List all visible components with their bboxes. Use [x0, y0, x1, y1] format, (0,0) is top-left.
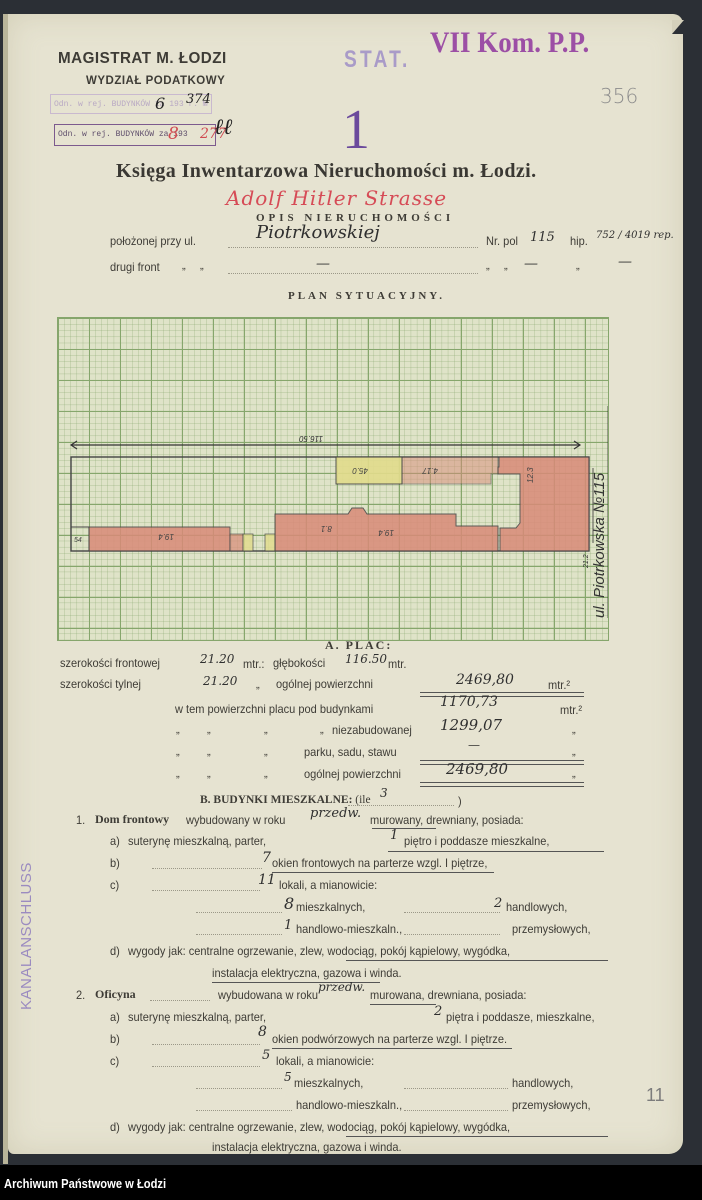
second-front-label: drugi front — [110, 260, 160, 274]
site-plan-grid: 116.50 19.4 19.4 8.1 4.17 12.3 45.0 54 2… — [57, 317, 609, 641]
b1-name: Dom frontowy — [95, 812, 169, 827]
plan-title: PLAN SYTUACYJNY. — [288, 290, 445, 302]
total2-unit: „ — [572, 766, 576, 780]
b1-c4-dotline — [404, 934, 500, 935]
b2-b-label: b) — [110, 1032, 120, 1046]
b2-a-text2: piętra i poddasze, mieszkalne, — [446, 1010, 595, 1024]
signature: ℓℓ — [214, 114, 232, 140]
b1-c1-dotline — [196, 912, 282, 913]
b2-c1-dotline — [196, 1088, 282, 1089]
ditto-t2: „ — [207, 766, 211, 780]
commission-stamp: VII Kom. P.P. — [430, 26, 589, 60]
ditto-3: „ — [486, 258, 490, 272]
total-area-value: 2469,80 — [456, 672, 514, 688]
b2-material: murowana, drewniana, posiada: — [370, 988, 527, 1002]
b1-c1-text: mieszkalnych, — [296, 900, 365, 914]
b1-c2-text: handlowych, — [506, 900, 567, 914]
b1-d-text1: wygody jak: centralne ogrzewanie, zlew, … — [128, 944, 510, 958]
total-area-mtr2: mtr.² — [548, 678, 570, 692]
handwritten-6: 6 — [155, 94, 165, 113]
total2-value: 2469,80 — [446, 760, 508, 778]
b1-c2-dotline — [404, 912, 500, 913]
b1-built-value: przedw. — [310, 806, 361, 821]
front-width-label: szerokości frontowej — [60, 656, 160, 670]
hip-value: 752 / 4019 rep. — [596, 230, 674, 241]
b2-name-dotline — [150, 1000, 210, 1001]
stat-stamp: STAT. — [344, 46, 410, 74]
handwritten-374: 374 — [186, 92, 211, 107]
ditto-2: „ — [200, 258, 204, 272]
double-rule-3 — [420, 782, 584, 787]
b2-b-underline — [272, 1048, 512, 1049]
b1-c-text: lokali, a mianowicie: — [279, 878, 377, 892]
b2-b-hand: 8 — [258, 1024, 267, 1040]
b2-a-hand: 2 — [434, 1004, 442, 1019]
folded-corner — [672, 20, 684, 34]
b1-c-hand: 11 — [258, 872, 276, 888]
park-unit: „ — [572, 744, 576, 758]
street-dotline — [228, 247, 478, 248]
b2-a-text1: suterynę mieszkalną, parter, — [128, 1010, 266, 1024]
count-close: ) — [458, 794, 462, 808]
b2-c-hand: 5 — [262, 1048, 270, 1063]
b1-murowany-underline — [372, 828, 436, 829]
b1-d-label: d) — [110, 944, 120, 958]
unbuilt-unit: „ — [572, 722, 576, 736]
b1-material: murowany, drewniany, posiada: — [370, 813, 524, 827]
depth-value: 116.50 — [345, 652, 387, 666]
b2-b-dotline — [152, 1044, 260, 1045]
archive-footer-label: Archiwum Państwowe w Łodzi — [4, 1176, 166, 1191]
svg-text:21.2: 21.2 — [583, 554, 590, 569]
svg-text:54: 54 — [74, 537, 82, 544]
red-annotation: Adolf Hitler Strasse — [226, 186, 447, 210]
ditto-u1: „ — [176, 722, 180, 736]
ditto-u2: „ — [207, 722, 211, 736]
buildings-count-value: 3 — [380, 786, 388, 800]
b1-a-text2: piętro i poddasze mieszkalne, — [404, 834, 549, 848]
b1-c3-text: handlowo-mieszkaln., — [296, 922, 402, 936]
kanalanschluss-side-stamp: KANALANSCHLUSS — [18, 862, 35, 1010]
b2-c-label: c) — [110, 1054, 119, 1068]
built-area-mtr2: mtr.² — [560, 703, 582, 717]
street-label: położonej przy ul. — [110, 234, 196, 248]
b1-built-label: wybudowany w roku — [186, 813, 285, 827]
unbuilt-value: 1299,07 — [440, 716, 502, 734]
svg-text:19.4: 19.4 — [158, 532, 174, 541]
second-front-nr-dash: — — [524, 256, 538, 272]
plac-heading: A. PLAC: — [325, 638, 392, 653]
length-dimension: 116.50 — [299, 434, 323, 443]
ditto-p1: „ — [176, 744, 180, 758]
total2-label: ogólnej powierzchni — [304, 767, 401, 781]
count-dotline — [348, 805, 454, 806]
b1-b-dotline — [152, 868, 262, 869]
budynki-title: B. BUDYNKI MIESZKALNE: — [200, 794, 352, 806]
b1-c2-hand: 2 — [494, 896, 502, 911]
b2-d-text1: wygody jak: centralne ogrzewanie, zlew, … — [128, 1120, 510, 1134]
built-area-value: 1170,73 — [440, 694, 498, 710]
svg-text:45.0: 45.0 — [352, 466, 368, 475]
built-area-label: w tem powierzchni placu pod budynkami — [175, 702, 373, 716]
b2-d-text2: instalacja elektryczna, gazowa i winda. — [212, 1140, 402, 1154]
hip-label: hip. — [570, 234, 588, 248]
b1-c-label: c) — [110, 878, 119, 892]
handwritten-year-8: 8 — [168, 124, 179, 144]
svg-text:12.3: 12.3 — [526, 467, 535, 483]
rear-width-value: 21.20 — [203, 674, 237, 688]
b2-b-text: okien podwórzowych na parterze wzgl. I p… — [272, 1032, 507, 1046]
ditto-u3: „ — [264, 722, 268, 736]
ditto-t3: „ — [264, 766, 268, 780]
b2-c3-text: handlowo-mieszkaln., — [296, 1098, 402, 1112]
b2-d-underline1 — [346, 1136, 608, 1137]
b1-c3-dotline — [196, 934, 282, 935]
b2-built-value: przedw. — [318, 980, 365, 994]
second-front-dotline — [228, 273, 478, 274]
b1-b-label: b) — [110, 856, 120, 870]
rear-width-label: szerokości tylnej — [60, 677, 141, 691]
ditto-t1: „ — [176, 766, 180, 780]
stamp-number: 1 — [342, 98, 370, 162]
b2-c4-dotline — [404, 1110, 508, 1111]
b2-c1-hand: 5 — [284, 1070, 292, 1084]
b2-built-label: wybudowana w roku — [218, 988, 318, 1002]
budynki-heading: B. BUDYNKI MIESZKALNE: (ile — [200, 794, 371, 806]
front-width-value: 21.20 — [200, 652, 234, 666]
b2-number: 2. — [76, 988, 85, 1002]
office-heading: MAGISTRAT M. ŁODZI — [58, 50, 227, 68]
b1-b-hand: 7 — [262, 850, 271, 866]
svg-text:8.1: 8.1 — [321, 524, 332, 533]
front-mtr: mtr.: — [243, 657, 264, 671]
b1-c-dotline — [152, 890, 260, 891]
ditto-4: „ — [504, 258, 508, 272]
site-plan-drawing: 116.50 19.4 19.4 8.1 4.17 12.3 45.0 54 2… — [58, 318, 608, 640]
b1-c1-hand: 8 — [284, 894, 294, 913]
park-value: — — [468, 738, 480, 752]
b2-murowana-underline — [370, 1004, 436, 1005]
b1-d-underline1 — [346, 960, 608, 961]
b2-d-label: d) — [110, 1120, 120, 1134]
total-area-label: ogólnej powierzchni — [276, 677, 373, 691]
second-front-hip-dash: — — [618, 254, 632, 270]
b1-a-text1: suterynę mieszkalną, parter, — [128, 834, 266, 848]
park-label: parku, sadu, stawu — [304, 745, 397, 759]
b1-a-underline — [388, 851, 604, 852]
register-stamp-box-2: Odn. w rej. BUDYNKÓW za 193 — [54, 124, 216, 146]
b2-c3-dotline — [196, 1110, 292, 1111]
nr-pol-value: 115 — [530, 230, 555, 245]
pencil-margin-mark: 11 — [646, 1085, 665, 1106]
b1-number: 1. — [76, 813, 85, 827]
b2-c2-text: handlowych, — [512, 1076, 573, 1090]
b2-name: Oficyna — [95, 987, 136, 1002]
b1-c3-hand: 1 — [284, 918, 292, 933]
b2-c2-dotline — [404, 1088, 508, 1089]
street-value: Piotrkowskiej — [256, 222, 380, 243]
svg-text:4.17: 4.17 — [422, 466, 438, 475]
nr-pol-label: Nr. pol — [486, 234, 518, 248]
ditto-rear: „ — [256, 677, 260, 691]
depth-label: głębokości — [273, 656, 325, 670]
unbuilt-label: niezabudowanej — [332, 723, 412, 737]
ditto-p3: „ — [264, 744, 268, 758]
second-front-dash: — — [316, 256, 330, 272]
b1-d-text2: instalacja elektryczna, gazowa i winda. — [212, 966, 402, 980]
b2-c-dotline — [152, 1066, 260, 1067]
document-title: Księga Inwentarzowa Nieruchomości m. Łod… — [116, 160, 537, 183]
b2-c-text: lokali, a mianowicie: — [276, 1054, 374, 1068]
b1-b-underline — [272, 872, 494, 873]
pencil-folio-number: 356 — [600, 84, 638, 108]
street-name-annotation: ul. Piotrkowska №115 — [591, 472, 608, 618]
b1-a-label: a) — [110, 834, 120, 848]
department-heading: WYDZIAŁ PODATKOWY — [86, 75, 225, 87]
depth-mtr: mtr. — [388, 657, 406, 671]
ditto-u4: „ — [320, 722, 324, 736]
b2-c4-text: przemysłowych, — [512, 1098, 591, 1112]
b1-c4-text: przemysłowych, — [512, 922, 591, 936]
ditto-1: „ — [182, 258, 186, 272]
b2-a-label: a) — [110, 1010, 120, 1024]
b1-a-hand: 1 — [390, 828, 398, 843]
b2-c1-text: mieszkalnych, — [294, 1076, 363, 1090]
svg-text:19.4: 19.4 — [378, 528, 394, 537]
ditto-5: „ — [576, 258, 580, 272]
ditto-p2: „ — [207, 744, 211, 758]
b1-b-text: okien frontowych na parterze wzgl. I pię… — [272, 856, 487, 870]
